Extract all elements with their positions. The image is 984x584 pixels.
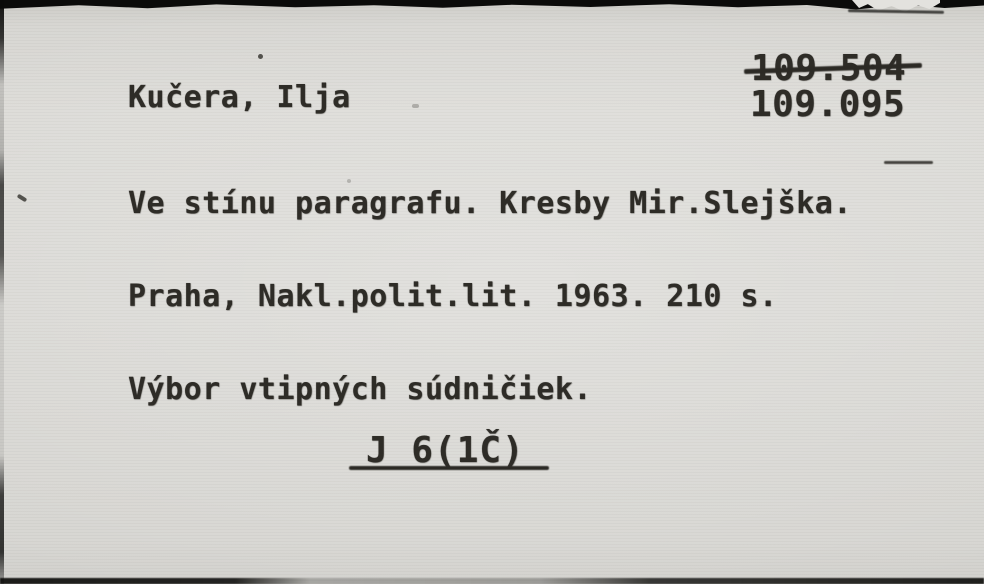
scan-top-edge: [0, 0, 984, 10]
shelf-mark: J 6(1Č): [366, 430, 525, 471]
title-line-trailing-underscore: [884, 161, 933, 164]
paper-speck: [347, 179, 351, 183]
note-line: Výbor vtipných súdničiek.: [128, 374, 852, 405]
title-statement-line: Ve stínu paragrafu. Kresby Mir.Slejška.: [128, 188, 852, 219]
bibliographic-description: Ve stínu paragrafu. Kresby Mir.Slejška. …: [128, 126, 852, 467]
paper-speck: [412, 104, 419, 108]
scan-left-edge: [0, 0, 4, 584]
scan-bottom-edge: [0, 578, 984, 584]
new-call-number: 109.095: [750, 84, 905, 125]
paper-speck: [258, 54, 263, 59]
card-top-tear-shadow: [848, 9, 944, 14]
author-heading: Kučera, Ilja: [128, 80, 351, 115]
shelf-mark-underline: [349, 466, 549, 470]
imprint-line: Praha, Nakl.polit.lit. 1963. 210 s.: [128, 281, 852, 312]
paper-speck: [17, 194, 28, 203]
library-catalog-card-scan: Kučera, Ilja 109.504 109.095 Ve stínu pa…: [0, 0, 984, 584]
